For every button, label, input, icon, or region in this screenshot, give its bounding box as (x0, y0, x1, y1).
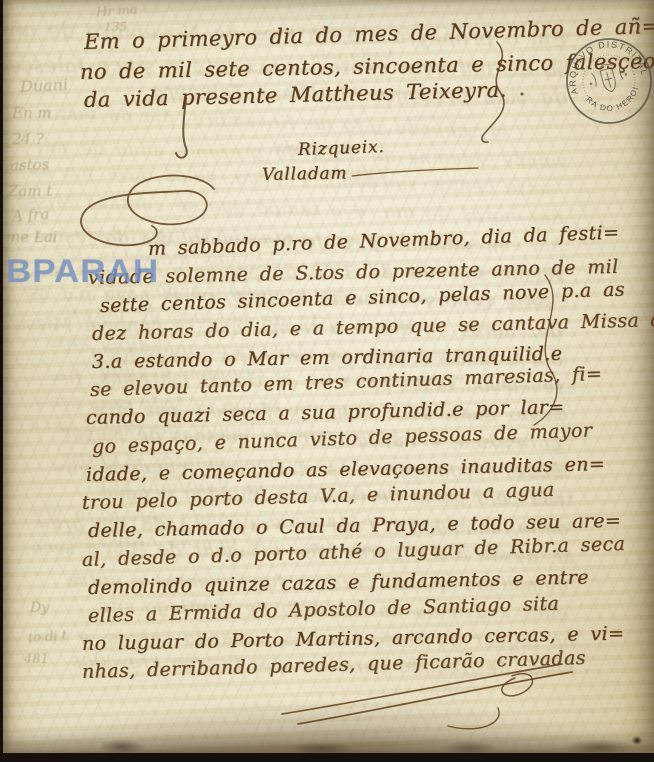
ghost-text: Duani (20, 75, 69, 96)
ghost-text: Dy (30, 600, 49, 616)
ghost-text: En m (12, 104, 52, 122)
marginal-signature: Rizqueix. (298, 137, 385, 160)
ghost-text: A fra (12, 205, 50, 225)
ghost-text: 24 ? (12, 130, 44, 148)
ghost-text: me Lai (6, 228, 58, 246)
repository-watermark: BPARAH (6, 254, 159, 291)
ghost-text: Hr ma (96, 3, 139, 21)
marginal-signature: Valladam (262, 164, 348, 185)
scanned-manuscript-page: Em o primeyro dia do mes de Novembro de … (0, 0, 654, 762)
ghost-text: to di t (28, 629, 68, 647)
ghost-text: 481 (24, 652, 49, 667)
ghost-text: astos (10, 155, 50, 174)
ghost-text: Zam t (8, 182, 52, 200)
